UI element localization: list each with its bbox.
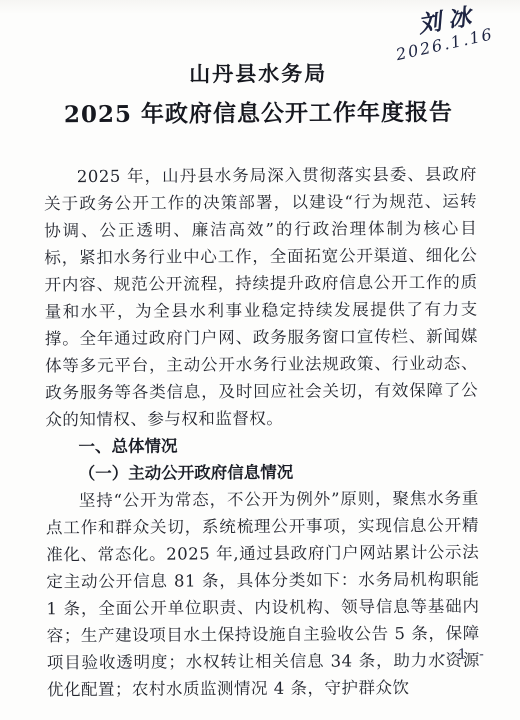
disclosure-detail-paragraph: 坚持“公开为常态，不公开为例外”原则，聚焦水务重点工作和群众关切，系统梳理公开事… xyxy=(46,485,480,704)
subsection-heading-proactive-disclosure: （一）主动公开政府信息情况 xyxy=(46,458,479,488)
intro-paragraph: 2025 年，山丹县水务局深入贯彻落实县委、县政府关于政务公开工作的决策部署，以… xyxy=(44,161,479,434)
scanned-content: 刘冰 2026.1.16 山丹县水务局 2025 年政府信息公开工作年度报告 2… xyxy=(0,0,520,720)
document-title-main: 2025 年政府信息公开工作年度报告 xyxy=(0,93,519,129)
document-page: 刘冰 2026.1.16 山丹县水务局 2025 年政府信息公开工作年度报告 2… xyxy=(0,0,520,720)
page-number: - 1 - xyxy=(440,647,487,663)
document-body: 2025 年，山丹县水务局深入贯彻落实县委、县政府关于政务公开工作的决策部署，以… xyxy=(44,161,480,704)
section-heading-overall: 一、总体情况 xyxy=(45,431,478,461)
